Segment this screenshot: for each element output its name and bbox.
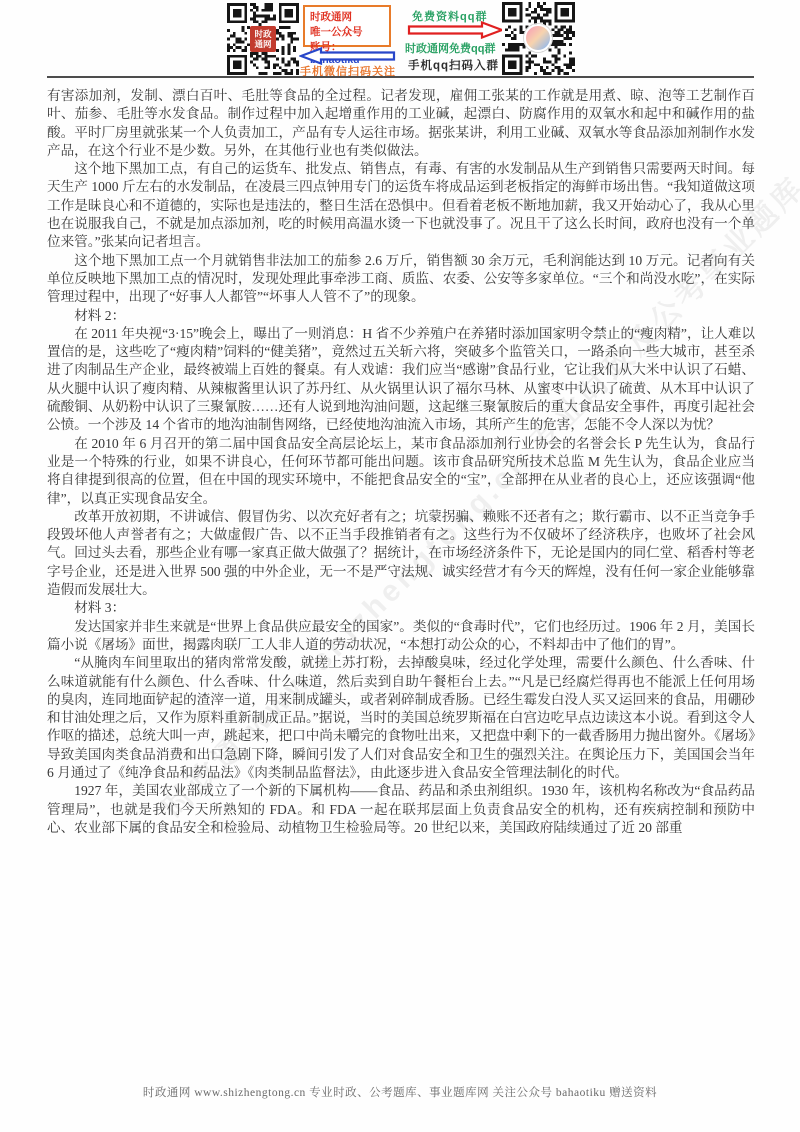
material-heading: 材料 3： [47,599,755,617]
paragraph: 发达国家并非生来就是“世界上食品供应最安全的国家”。类似的“食毒时代”，它们也经… [47,618,755,655]
header-divider [47,76,754,78]
qq-group-label-bottom: 时政通网免费qq群 [405,40,515,56]
seal-text-line2: 通网 [250,39,276,49]
paragraph: 在 2010 年 6 月召开的第二届中国食品安全高层论坛上，某市食品添加剂行业协… [47,435,755,508]
paragraph: 这个地下黑加工点，有自己的运货车、批发点、销售点，有毒、有害的水发制品从生产到销… [47,160,755,251]
site-name: 时政通网 [310,9,384,24]
paragraph: 有害添加剂，发制、漂白百叶、毛肚等食品的全过程。记者发现，雇佣工张某的工作就是用… [47,87,755,160]
material-heading: 材料 2： [47,307,755,325]
paragraph: 改革开放初期，不讲诚信、假冒伪劣、以次充好者有之；坑蒙拐骗、赖账不还者有之；欺行… [47,508,755,599]
paragraph: 在 2011 年央视“3·15”晚会上，曝出了一则消息：H 省不少养殖户在养猪时… [47,325,755,435]
official-account-label: 唯一公众号 [310,24,384,39]
right-arrow-icon [407,21,504,39]
wechat-account-box: 时政通网 唯一公众号 账号：bahaotiku [303,5,391,47]
paragraph: “从腌肉车间里取出的猪肉常常发酸，就搓上苏打粉，去掉酸臭味，经过化学处理，需要什… [47,654,755,782]
wechat-qr-seal: 时政 通网 [250,26,276,52]
seal-text-line1: 时政 [250,29,276,39]
page-footer: 时政通网 www.shizhengtong.cn 专业时政、公考题库、事业题库网… [0,1084,800,1100]
qq-qr-avatar [524,24,552,52]
paragraph: 1927 年，美国农业部成立了一个新的下属机构——食品、药品和杀虫剂组织。193… [47,782,755,837]
document-body: 有害添加剂，发制、漂白百叶、毛肚等食品的全过程。记者发现，雇佣工张某的工作就是用… [47,87,755,837]
paragraph: 这个地下黑加工点一个月就销售非法加工的茄参 2.6 万斤，销售额 30 余万元，… [47,252,755,307]
